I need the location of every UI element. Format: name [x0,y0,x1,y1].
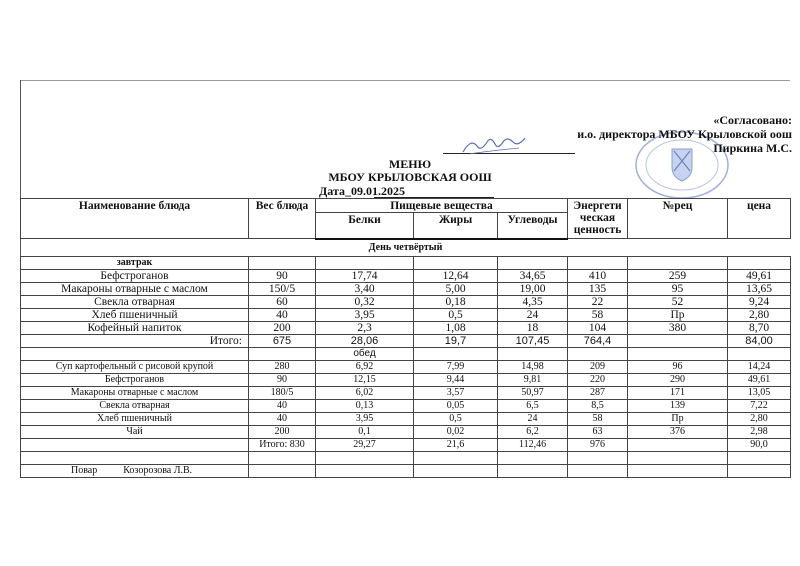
empty-cell [21,451,249,464]
total-carbs: 107,45 [498,334,568,347]
dish-price: 49,61 [728,269,791,282]
dish-name: Хлеб пшеничный [21,412,249,425]
dish-energy: 22 [568,295,628,308]
dish-name: Макароны отварные с маслом [21,282,249,295]
dish-name: Хлеб пшеничный [21,308,249,321]
empty-cell [249,451,316,464]
dish-fat: 1,08 [414,321,498,334]
table-row: Бефстроганов9017,7412,6434,6541025949,61 [21,269,791,282]
dish-protein: 3,40 [316,282,414,295]
dish-weight: 150/5 [249,282,316,295]
total-fat: 21,6 [414,438,498,451]
dish-fat: 0,05 [414,399,498,412]
dish-fat: 0,5 [414,412,498,425]
col-header-fat: Жиры [414,213,498,239]
dish-weight: 90 [249,373,316,386]
approval-position: и.о. директора МБОУ Крыловской оош [577,127,792,141]
dish-name: Суп картофельный с рисовой крупой [21,360,249,373]
total-fat: 19,7 [414,334,498,347]
dish-carbs: 6,2 [498,425,568,438]
dish-recipe: 380 [628,321,728,334]
empty-cell [568,347,628,360]
empty-cell [249,464,316,477]
dish-weight: 40 [249,412,316,425]
dish-protein: 6,02 [316,386,414,399]
dish-weight: 200 [249,321,316,334]
table-row: Чай2000,10,026,2633762,98 [21,425,791,438]
dish-protein: 3,95 [316,308,414,321]
empty-cell [414,451,498,464]
table-row: Кофейный напиток2002,31,08181043808,70 [21,321,791,334]
dish-name: Свекла отварная [21,399,249,412]
meal-label-lunch: обед [316,347,414,360]
empty-cell [728,451,791,464]
cook-label: Повар [71,465,97,476]
dish-energy: 220 [568,373,628,386]
dish-recipe: 139 [628,399,728,412]
dish-weight: 200 [249,425,316,438]
dish-protein: 0,32 [316,295,414,308]
dish-energy: 135 [568,282,628,295]
dish-protein: 6,92 [316,360,414,373]
dish-price: 49,61 [728,373,791,386]
col-header-protein: Белки [316,213,414,239]
dish-carbs: 24 [498,412,568,425]
dish-weight: 40 [249,308,316,321]
dish-carbs: 50,97 [498,386,568,399]
empty-cell [628,464,728,477]
empty-cell [628,256,728,269]
table-row: Хлеб пшеничный403,950,52458Пр2,80 [21,308,791,321]
dish-name: Бефстроганов [21,269,249,282]
dish-name: Чай [21,425,249,438]
menu-title-block: МЕНЮ МБОУ КРЫЛОВСКАЯ ООШ [0,158,800,184]
empty-cell [568,464,628,477]
total-recipe [628,438,728,451]
empty-cell [498,451,568,464]
dish-price: 13,05 [728,386,791,399]
dish-recipe: 171 [628,386,728,399]
total-price: 84,00 [728,334,791,347]
dish-protein: 12,15 [316,373,414,386]
total-carbs: 112,46 [498,438,568,451]
dish-energy: 104 [568,321,628,334]
total-row-breakfast: Итого:67528,0619,7107,45764,484,00 [21,334,791,347]
col-header-nutrients: Пищевые вещества [316,199,568,213]
dish-name: Макароны отварные с маслом [21,386,249,399]
dish-energy: 63 [568,425,628,438]
empty-cell [628,347,728,360]
col-header-recipe: №рец [628,199,728,239]
dish-price: 2,98 [728,425,791,438]
empty-cell [21,347,249,360]
total-recipe [628,334,728,347]
dish-energy: 8,5 [568,399,628,412]
cook-name: Козорозова Л.В. [123,465,192,476]
dish-price: 2,80 [728,412,791,425]
dish-protein: 3,95 [316,412,414,425]
cook-row: ПоварКозорозова Л.В. [21,464,791,477]
dish-fat: 5,00 [414,282,498,295]
dish-fat: 3,57 [414,386,498,399]
dish-protein: 2,3 [316,321,414,334]
total-energy: 976 [568,438,628,451]
dish-recipe: 52 [628,295,728,308]
empty-cell [498,347,568,360]
approval-name: Пиркина М.С. [713,141,792,155]
spacer-row [21,451,791,464]
dish-energy: 209 [568,360,628,373]
total-row-lunch: Итого: 83029,2721,6112,4697690,0 [21,438,791,451]
day-label: День четвёртый [21,239,791,257]
dish-fat: 7,99 [414,360,498,373]
dish-recipe: 290 [628,373,728,386]
table-row: Макароны отварные с маслом180/56,023,575… [21,386,791,399]
dish-fat: 12,64 [414,269,498,282]
empty-cell [316,451,414,464]
dish-fat: 0,02 [414,425,498,438]
empty-cell [414,464,498,477]
dish-fat: 9,44 [414,373,498,386]
dish-price: 14,24 [728,360,791,373]
dish-energy: 410 [568,269,628,282]
dish-fat: 0,18 [414,295,498,308]
table-row: Суп картофельный с рисовой крупой2806,92… [21,360,791,373]
empty-cell [414,256,498,269]
dish-energy: 287 [568,386,628,399]
table-row: Бефстроганов9012,159,449,8122029049,61 [21,373,791,386]
meal-label-breakfast: завтрак [21,256,249,269]
empty-cell [498,256,568,269]
empty-cell [728,256,791,269]
page-border-top [20,80,790,81]
total-energy: 764,4 [568,334,628,347]
dish-recipe: Пр [628,412,728,425]
dish-fat: 0,5 [414,308,498,321]
dish-energy: 58 [568,308,628,321]
dish-carbs: 18 [498,321,568,334]
approval-block: «Согласовано: и.о. директора МБОУ Крылов… [577,113,792,155]
dish-carbs: 6,5 [498,399,568,412]
empty-cell [628,451,728,464]
col-header-price: цена [728,199,791,239]
empty-cell [728,347,791,360]
empty-cell [728,464,791,477]
table-row: Хлеб пшеничный403,950,52458Пр2,80 [21,412,791,425]
dish-price: 7,22 [728,399,791,412]
dish-protein: 0,1 [316,425,414,438]
dish-carbs: 19,00 [498,282,568,295]
empty-cell [316,464,414,477]
dish-price: 13,65 [728,282,791,295]
table-row: Свекла отварная400,130,056,58,51397,22 [21,399,791,412]
dish-protein: 17,74 [316,269,414,282]
dish-price: 8,70 [728,321,791,334]
empty-cell [414,347,498,360]
dish-weight: 280 [249,360,316,373]
total-price: 90,0 [728,438,791,451]
empty-cell [498,464,568,477]
empty-cell [568,256,628,269]
empty-cell [249,256,316,269]
col-header-weight: Вес блюда [249,199,316,239]
empty-cell [21,438,249,451]
total-weight: 675 [249,334,316,347]
total-label: Итого: [21,334,249,347]
dish-carbs: 34,65 [498,269,568,282]
meal-row-breakfast: завтрак [21,256,791,269]
dish-recipe: 376 [628,425,728,438]
dish-protein: 0,13 [316,399,414,412]
dish-weight: 60 [249,295,316,308]
dish-carbs: 24 [498,308,568,321]
total-protein: 28,06 [316,334,414,347]
cook-signature: ПоварКозорозова Л.В. [21,464,249,477]
dish-carbs: 4,35 [498,295,568,308]
dish-name: Бефстроганов [21,373,249,386]
dish-recipe: Пр [628,308,728,321]
school-name: МБОУ КРЫЛОВСКАЯ ООШ [0,171,800,184]
dish-price: 9,24 [728,295,791,308]
total-label: Итого: 830 [249,438,316,451]
total-protein: 29,27 [316,438,414,451]
signature-icon [459,136,529,158]
col-header-name: Наименование блюда [21,199,249,239]
table-row: Макароны отварные с маслом150/53,405,001… [21,282,791,295]
dish-name: Кофейный напиток [21,321,249,334]
col-header-carbs: Углеводы [498,213,568,239]
empty-cell [568,451,628,464]
dish-carbs: 14,98 [498,360,568,373]
dish-name: Свекла отварная [21,295,249,308]
dish-weight: 40 [249,399,316,412]
col-header-energy: Энергети ческая ценность [568,199,628,239]
empty-cell [316,256,414,269]
empty-cell [249,347,316,360]
dish-recipe: 259 [628,269,728,282]
dish-weight: 180/5 [249,386,316,399]
dish-recipe: 95 [628,282,728,295]
table-row: Свекла отварная600,320,184,3522529,24 [21,295,791,308]
approval-signatory: Пиркина М.С. [577,141,792,155]
meal-row-lunch: обед [21,347,791,360]
dish-weight: 90 [249,269,316,282]
menu-table: Наименование блюда Вес блюда Пищевые вещ… [20,198,791,478]
dish-energy: 58 [568,412,628,425]
approval-title: «Согласовано: [577,113,792,127]
dish-price: 2,80 [728,308,791,321]
dish-carbs: 9,81 [498,373,568,386]
dish-recipe: 96 [628,360,728,373]
